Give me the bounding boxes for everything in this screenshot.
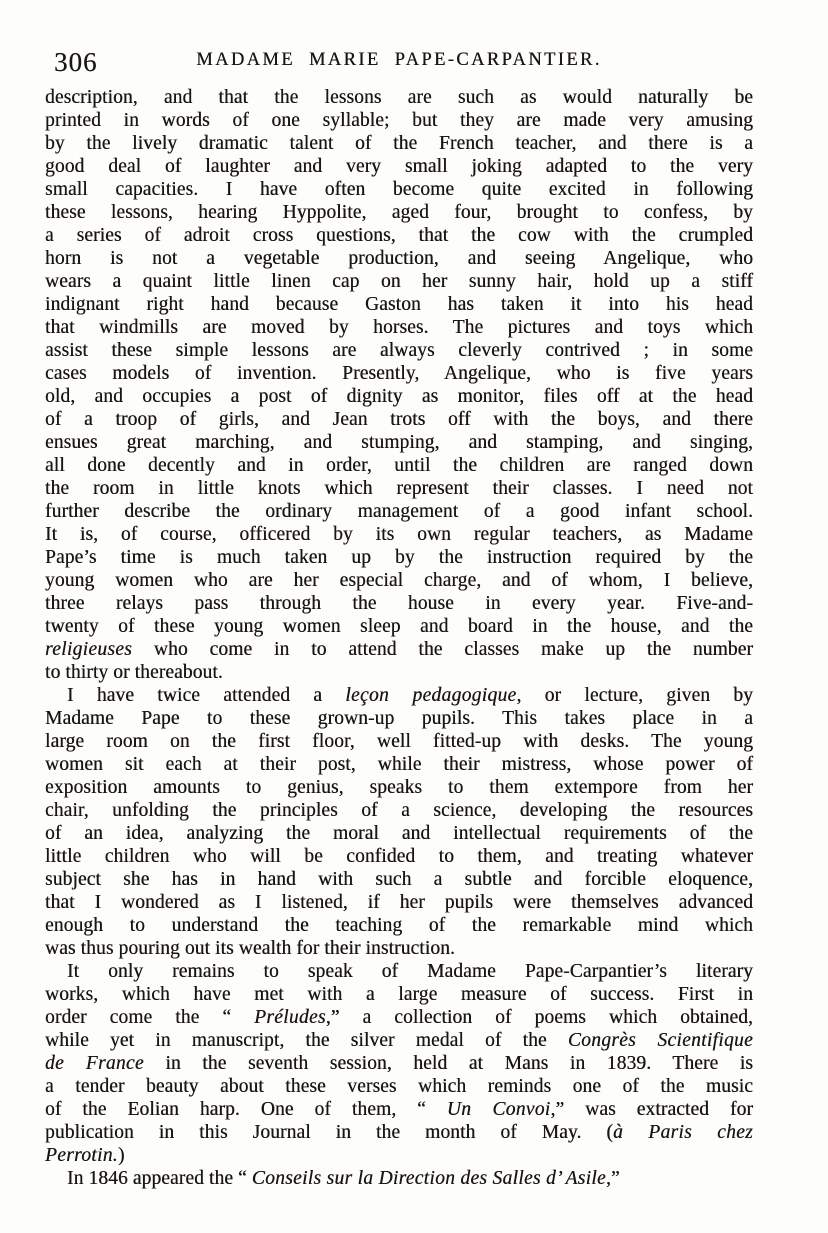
- text-line: of the Eolian harp. One of them, “ Un Co…: [45, 1098, 753, 1121]
- text-line: three relays pass through the house in e…: [45, 592, 753, 615]
- paragraph: In 1846 appeared the “ Conseils sur la D…: [45, 1167, 753, 1190]
- text-line: description, and that the lessons are su…: [45, 86, 753, 109]
- text-line: ensues great marching, and stumping, and…: [45, 431, 753, 454]
- text-line: little children who will be confided to …: [45, 845, 753, 868]
- text-line: It only remains to speak of Madame Pape-…: [45, 960, 753, 983]
- text-line: good deal of laughter and very small jok…: [45, 155, 753, 178]
- text-line: order come the “ Préludes,” a collection…: [45, 1006, 753, 1029]
- text-line: the room in little knots which represent…: [45, 477, 753, 500]
- text-line: large room on the first floor, well fitt…: [45, 730, 753, 753]
- text-line: further describe the ordinary management…: [45, 500, 753, 523]
- text-line: all done decently and in order, until th…: [45, 454, 753, 477]
- text-line: a tender beauty about these verses which…: [45, 1075, 753, 1098]
- text-line: small capacities. I have often become qu…: [45, 178, 753, 201]
- text-line: of an idea, analyzing the moral and inte…: [45, 822, 753, 845]
- text-line: exposition amounts to genius, speaks to …: [45, 776, 753, 799]
- text-line: publication in this Journal in the month…: [45, 1121, 753, 1144]
- text-line: twenty of these young women sleep and bo…: [45, 615, 753, 638]
- text-line: young women who are her especial charge,…: [45, 569, 753, 592]
- text-line: that windmills are moved by horses. The …: [45, 316, 753, 339]
- scanned-book-page: 306 MADAME MARIE PAPE-CARPANTIER. descri…: [0, 0, 828, 1233]
- text-line: enough to understand the teaching of the…: [45, 914, 753, 937]
- text-line: religieuses who come in to attend the cl…: [45, 638, 753, 661]
- text-line: Perrotin.): [45, 1144, 753, 1167]
- text-line: works, which have met with a large measu…: [45, 983, 753, 1006]
- text-line: In 1846 appeared the “ Conseils sur la D…: [45, 1167, 753, 1190]
- paragraph: It only remains to speak of Madame Pape-…: [45, 960, 753, 1167]
- text-line: horn is not a vegetable production, and …: [45, 247, 753, 270]
- text-line: of a troop of girls, and Jean trots off …: [45, 408, 753, 431]
- page-number: 306: [54, 49, 98, 76]
- text-line: assist these simple lessons are always c…: [45, 339, 753, 362]
- text-line: a series of adroit cross questions, that…: [45, 224, 753, 247]
- text-line: while yet in manuscript, the silver meda…: [45, 1029, 753, 1052]
- paragraph: I have twice attended a leçon pedagogiqu…: [45, 684, 753, 960]
- running-title: MADAME MARIE PAPE-CARPANTIER.: [45, 44, 753, 76]
- text-line: old, and occupies a post of dignity as m…: [45, 385, 753, 408]
- text-line: It is, of course, officered by its own r…: [45, 523, 753, 546]
- text-line: I have twice attended a leçon pedagogiqu…: [45, 684, 753, 707]
- paragraph: description, and that the lessons are su…: [45, 86, 753, 684]
- text-line: cases models of invention. Presently, An…: [45, 362, 753, 385]
- text-line: by the lively dramatic talent of the Fre…: [45, 132, 753, 155]
- text-line: to thirty or thereabout.: [45, 661, 753, 684]
- text-line: women sit each at their post, while thei…: [45, 753, 753, 776]
- text-line: subject she has in hand with such a subt…: [45, 868, 753, 891]
- text-line: printed in words of one syllable; but th…: [45, 109, 753, 132]
- page-body: description, and that the lessons are su…: [45, 86, 753, 1190]
- text-line: de France in the seventh session, held a…: [45, 1052, 753, 1075]
- text-line: was thus pouring out its wealth for thei…: [45, 937, 753, 960]
- text-line: that I wondered as I listened, if her pu…: [45, 891, 753, 914]
- text-line: Madame Pape to these grown-up pupils. Th…: [45, 707, 753, 730]
- text-line: chair, unfolding the principles of a sci…: [45, 799, 753, 822]
- text-line: these lessons, hearing Hyppolite, aged f…: [45, 201, 753, 224]
- page-header: 306 MADAME MARIE PAPE-CARPANTIER.: [45, 44, 753, 76]
- text-line: indignant right hand because Gaston has …: [45, 293, 753, 316]
- text-line: Pape’s time is much taken up by the inst…: [45, 546, 753, 569]
- text-line: wears a quaint little linen cap on her s…: [45, 270, 753, 293]
